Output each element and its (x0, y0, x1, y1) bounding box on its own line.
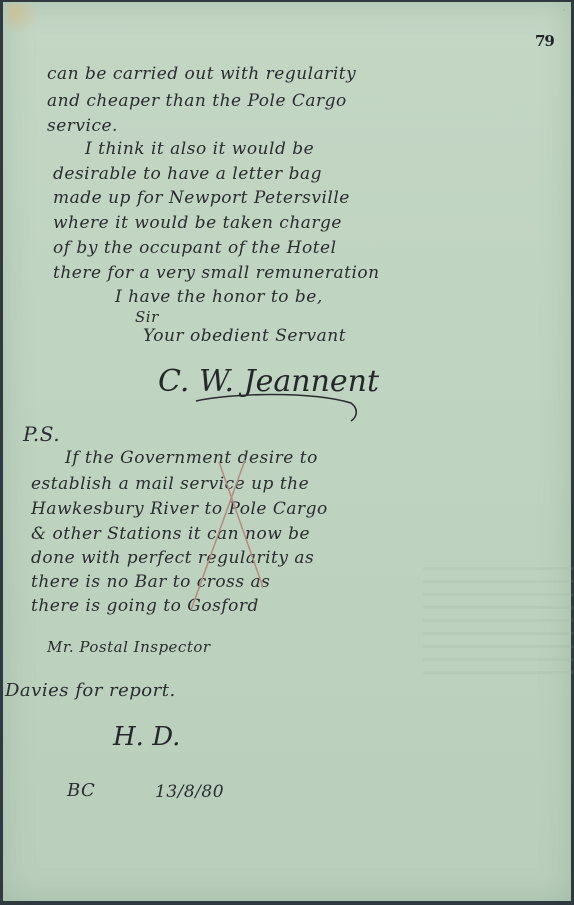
faint-margin-text (423, 557, 573, 677)
postscript-label: P.S. (23, 422, 60, 446)
corner-mark: · (563, 6, 571, 14)
postscript-line: & other Stations it can now be (31, 524, 310, 544)
letter-closing: I have the honor to be, (115, 287, 323, 307)
letter-line: I think it also it would be (85, 139, 314, 159)
annotation-reference: BC (67, 780, 95, 801)
letter-line: and cheaper than the Pole Cargo (47, 91, 347, 111)
signature-flourish (191, 383, 361, 423)
document-page: · 79 can be carried out with regularity … (3, 2, 571, 901)
postscript-line: establish a mail service up the (31, 474, 309, 494)
annotation-addressee: Mr. Postal Inspector (47, 638, 211, 656)
letter-line: can be carried out with regularity (47, 64, 356, 84)
annotation-initials: H. D. (113, 722, 180, 752)
letter-line: there for a very small remuneration (53, 263, 380, 283)
folio-number: 79 (535, 32, 554, 50)
letter-line: of by the occupant of the Hotel (53, 238, 337, 258)
annotation-date: 13/8/80 (155, 782, 224, 802)
paper-stain (6, 4, 38, 32)
letter-line: service. (47, 116, 118, 136)
annotation-instruction: Davies for report. (5, 680, 176, 701)
letter-line: made up for Newport Petersville (53, 188, 350, 208)
letter-salutation: Sir (135, 308, 159, 326)
letter-line: where it would be taken charge (53, 213, 342, 233)
letter-valediction: Your obedient Servant (143, 326, 346, 346)
red-pencil-cross (173, 450, 263, 620)
letter-line: desirable to have a letter bag (53, 164, 322, 184)
